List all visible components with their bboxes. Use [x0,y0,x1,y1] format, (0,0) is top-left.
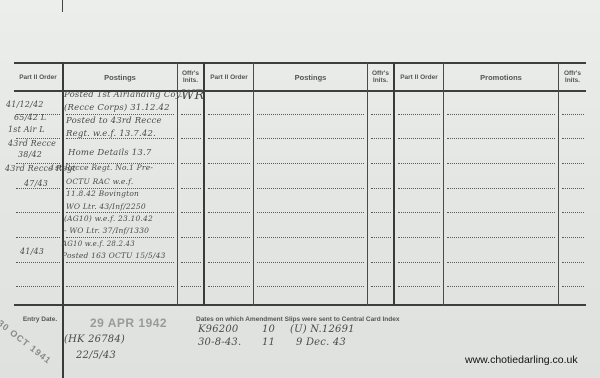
handwritten-amendment: 11 [262,337,275,348]
handwritten-order-entry: 1st Air L [8,125,45,134]
handwritten-order-entry: 41/43 [20,247,44,256]
handwritten-posting: (AG10) w.e.f. 23.10.42 [64,214,153,223]
handwritten-posting: OCTU RAC w.e.f. [66,177,133,186]
handwritten-posting: (Recce Corps) 31.12.42 [64,103,170,113]
handwritten-order-entry: 65/42 L [14,113,46,122]
handwritten-posting: Home Details 13.7 [68,148,151,158]
handwritten-order-entry: 47/43 [24,179,48,188]
header-offrs-inits: Offr's Inits. [178,64,203,90]
handwritten-posting: Regt. w.e.f. 13.7.42. [66,129,156,139]
handwritten-order-entry: 38/42 [18,150,42,159]
handwritten-amendment: 10 [262,324,275,335]
handwritten-posting: 1st Recce Regt. No.1 Pre- [50,163,153,172]
header-postings: Postings [63,64,177,90]
date-stamp: 29 APR 1942 [90,316,167,330]
handwritten-posting: Posted 1st Airlanding Coy. [64,90,183,100]
handwritten-posting: 11.8.42 Bovington [66,189,139,198]
handwritten-entry: (HK 26784) [64,334,125,345]
header-offrs-inits: Offr's Inits. [368,64,393,90]
website-watermark: www.chotiedarling.co.uk [465,354,578,366]
handwritten-amendment: 9 Dec. 43 [296,337,346,348]
header-part-ii-order: Part II Order [205,64,253,90]
col-divider [367,62,368,306]
handwritten-amendment: 30-8-43. [198,337,241,348]
header-part-ii-order: Part II Order [14,64,62,90]
service-record-card: Part II Order Postings Offr's Inits. Par… [0,0,600,378]
date-stamp-rotated: 30 OCT 1941 [0,318,53,366]
handwritten-posting: AG10 w.e.f. 28.2.43 [62,240,135,248]
handwritten-order-entry: 41/12/42 [6,100,44,109]
col-divider [253,62,254,306]
margin-tick [62,0,63,12]
handwritten-entry: 22/5/43 [76,350,116,361]
header-postings: Postings [254,64,367,90]
header-part-ii-order: Part II Order [395,64,443,90]
handwritten-amendment: (U) N.12691 [290,324,355,335]
header-promotions: Promotions [444,64,558,90]
table-bottom-rule [14,304,586,306]
handwritten-order-entry: 43rd Recce [8,139,56,148]
header-offrs-inits: Offr's Inits. [559,64,586,90]
handwritten-posting: Posted to 43rd Recce [66,116,162,126]
col-divider [393,62,395,306]
amendment-slips-label: Dates on which Amendment Slips were sent… [196,316,399,323]
handwritten-posting: - WO Ltr. 37/Inf/1330 [64,226,149,235]
col-divider [443,62,444,306]
handwritten-amendment: K96200 [198,324,238,335]
entry-date-label: Entry Date. [22,316,58,324]
handwritten-posting: WO Ltr. 43/Inf/2250 [66,202,146,211]
col-divider [558,62,559,306]
handwritten-offr-initials: WR [181,88,205,103]
handwritten-posting: Posted 163 OCTU 15/5/43 [62,251,166,260]
